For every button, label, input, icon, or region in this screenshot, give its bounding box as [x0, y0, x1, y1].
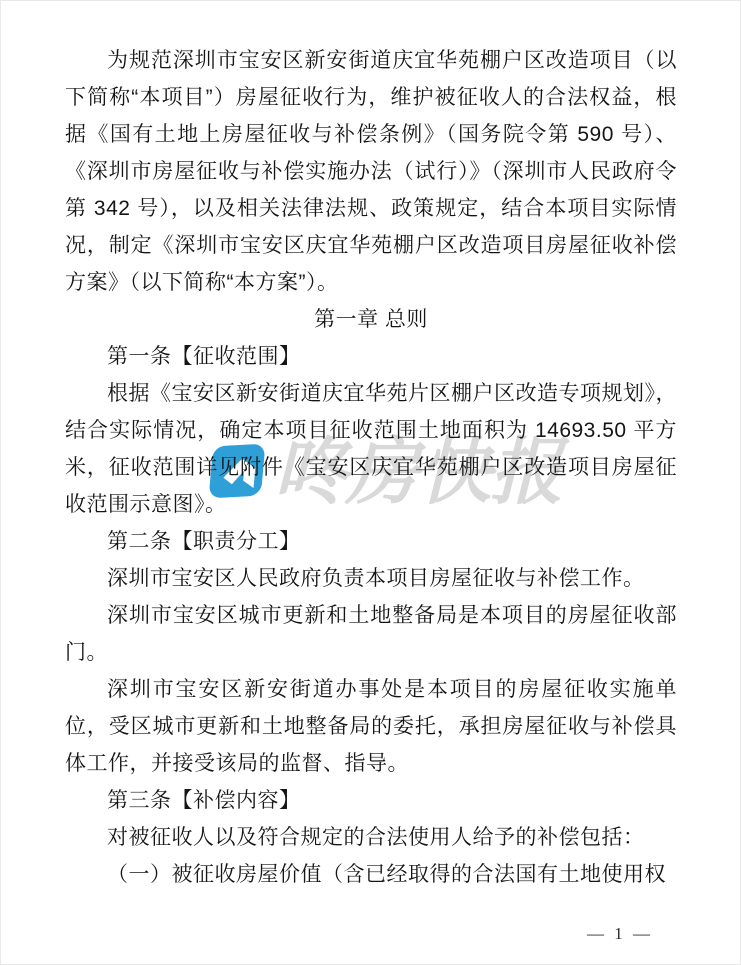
page-number: — 1 —	[587, 924, 653, 944]
paragraph: 第二条【职责分工】	[65, 523, 677, 560]
paragraph: 深圳市宝安区人民政府负责本项目房屋征收与补偿工作。	[65, 560, 677, 597]
document-page: 咚房快报 为规范深圳市宝安区新安街道庆宜华苑棚户区改造项目（以下简称“本项目”）…	[0, 0, 741, 965]
paragraph: （一）被征收房屋价值（含已经取得的合法国有土地使用权	[65, 856, 677, 893]
paragraph: 第三条【补偿内容】	[65, 782, 677, 819]
chapter-heading: 第一章 总则	[65, 301, 677, 338]
paragraph: 深圳市宝安区城市更新和土地整备局是本项目的房屋征收部门。	[65, 597, 677, 671]
paragraph: 对被征收人以及符合规定的合法使用人给予的补偿包括：	[65, 819, 677, 856]
paragraph: 第一条【征收范围】	[65, 338, 677, 375]
paragraph: 为规范深圳市宝安区新安街道庆宜华苑棚户区改造项目（以下简称“本项目”）房屋征收行…	[65, 42, 677, 301]
document-body: 为规范深圳市宝安区新安街道庆宜华苑棚户区改造项目（以下简称“本项目”）房屋征收行…	[65, 42, 677, 893]
paragraph: 根据《宝安区新安街道庆宜华苑片区棚户区改造专项规划》，结合实际情况，确定本项目征…	[65, 375, 677, 523]
paragraph: 深圳市宝安区新安街道办事处是本项目的房屋征收实施单位，受区城市更新和土地整备局的…	[65, 671, 677, 782]
